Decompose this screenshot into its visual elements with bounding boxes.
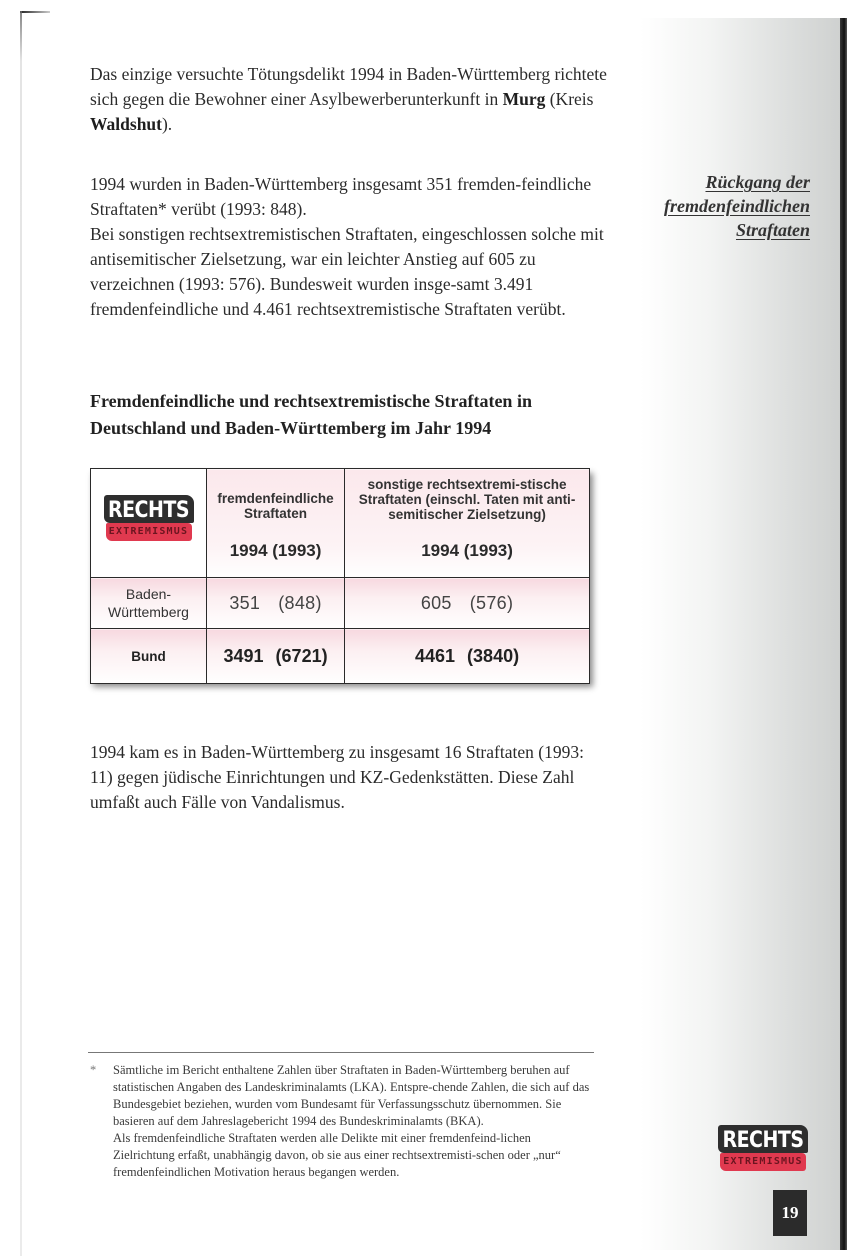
table-cell: 4461(3840): [345, 629, 590, 684]
logo-top-text: RECHTS: [718, 1127, 808, 1152]
logo-bottom-text: EXTREMISMUS: [106, 525, 192, 539]
table-cell: 3491(6721): [207, 629, 345, 684]
value-1994: 3491: [224, 646, 264, 666]
column-label: sonstige rechtsextremi-stische Straftate…: [345, 469, 589, 535]
value-1994: 351: [229, 593, 260, 613]
marginal-line-1: Rückgang der: [705, 172, 810, 192]
side-logo: RECHTS EXTREMISMUS: [718, 1125, 808, 1182]
column-header-right-extremist: sonstige rechtsextremi-stische Straftate…: [345, 469, 590, 578]
footnote: * Sämtliche im Bericht enthaltene Zahlen…: [90, 1062, 590, 1181]
paragraph-statistics: 1994 wurden in Baden-Württemberg insgesa…: [90, 172, 610, 322]
marginal-line-2: fremdenfeindlichen: [664, 196, 810, 216]
text: (Kreis: [545, 89, 593, 109]
table-title: Fremdenfeindliche und rechtsextremistisc…: [90, 388, 610, 442]
logo-bottom-text: EXTREMISMUS: [720, 1155, 806, 1169]
page-number: 19: [773, 1190, 807, 1236]
footnote-marker: *: [90, 1062, 96, 1079]
column-header-xenophobic: fremdenfeindliche Straftaten 1994 (1993): [207, 469, 345, 578]
district-name: Waldshut: [90, 114, 162, 134]
column-label: fremdenfeindliche Straftaten: [207, 469, 344, 535]
paragraph-xenophobic-crimes: 1994 wurden in Baden-Württemberg insgesa…: [90, 172, 610, 222]
table-logo-cell: RECHTS EXTREMISMUS: [91, 469, 207, 578]
text: 1994 kam es in Baden-Württemberg zu insg…: [90, 740, 610, 815]
table-row: Baden-Württemberg 351(848) 605(576): [91, 578, 590, 629]
value-1993: (848): [278, 593, 322, 613]
paragraph-right-extremist-crimes: Bei sonstigen rechtsextremistischen Stra…: [90, 222, 610, 322]
value-1994: 605: [421, 593, 452, 613]
column-years: 1994 (1993): [207, 541, 344, 561]
footnote-divider: [88, 1052, 594, 1053]
page-edge-bar: [840, 18, 847, 1250]
paragraph-jewish-institutions: 1994 kam es in Baden-Württemberg zu insg…: [90, 740, 610, 815]
table-row: Bund 3491(6721) 4461(3840): [91, 629, 590, 684]
value-1994: 4461: [415, 646, 455, 666]
rechtsextremismus-logo: RECHTS EXTREMISMUS: [718, 1125, 808, 1177]
marginal-line-3: Straftaten: [736, 220, 810, 240]
marginal-note: Rückgang der fremdenfeindlichen Straftat…: [640, 170, 810, 242]
logo-top-text: RECHTS: [104, 497, 194, 522]
table-cell: 351(848): [207, 578, 345, 629]
row-label: Bund: [91, 629, 207, 684]
place-name: Murg: [503, 89, 546, 109]
value-1993: (6721): [276, 646, 328, 666]
text: ).: [162, 114, 172, 134]
value-1993: (576): [470, 593, 514, 613]
value-1993: (3840): [467, 646, 519, 666]
row-label: Baden-Württemberg: [91, 578, 207, 629]
statistics-table: RECHTS EXTREMISMUS fremdenfeindliche Str…: [90, 468, 590, 682]
footnote-paragraph: Als fremdenfeindliche Straftaten werden …: [113, 1130, 590, 1181]
footnote-paragraph: Sämtliche im Bericht enthaltene Zahlen ü…: [113, 1062, 590, 1130]
rechtsextremismus-logo: RECHTS EXTREMISMUS: [104, 495, 194, 547]
table-cell: 605(576): [345, 578, 590, 629]
crop-mark: [20, 11, 50, 13]
paragraph-murg: Das einzige versuchte Tötungsdelikt 1994…: [90, 62, 610, 137]
column-years: 1994 (1993): [345, 541, 589, 561]
page-edge-line: [20, 11, 22, 1256]
